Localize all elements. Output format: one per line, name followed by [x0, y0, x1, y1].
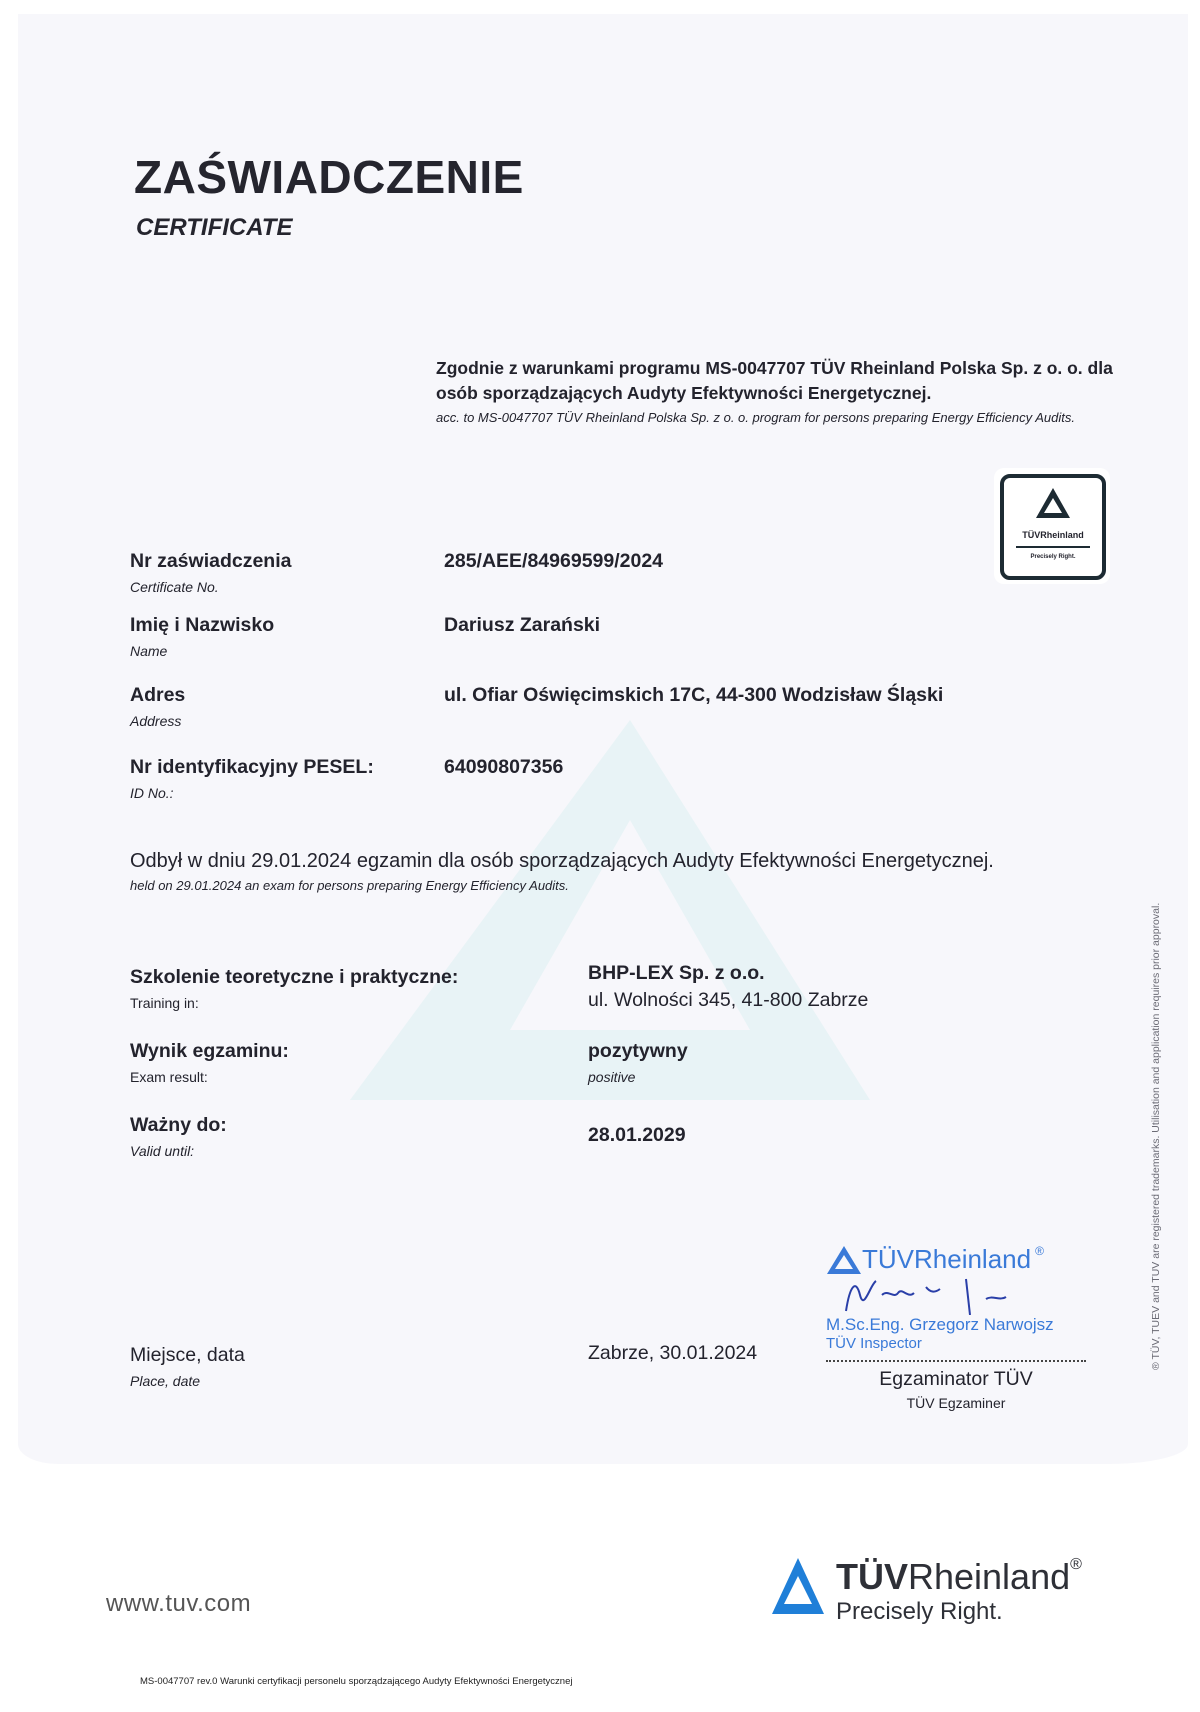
field-place-date: Miejsce, data Place, date: [130, 1344, 245, 1389]
field-label: Szkolenie teoretyczne i praktyczne:: [130, 966, 458, 989]
signature-stamp: TÜVRheinland ®: [826, 1244, 1116, 1275]
stamp-slogan: Precisely Right.: [1004, 554, 1102, 560]
document-reference: MS-0047707 rev.0 Warunki certyfikacji pe…: [140, 1676, 572, 1687]
place-date-value: Zabrze, 30.01.2024: [588, 1342, 757, 1365]
signature-line: [826, 1360, 1086, 1362]
holder-address: ul. Ofiar Oświęcimskich 17C, 44-300 Wodz…: [444, 684, 943, 707]
page-title: ZAŚWIADCZENIE: [134, 150, 524, 204]
logo-brand-rest: Rheinland: [908, 1556, 1070, 1597]
field-label-en: Training in:: [130, 995, 458, 1011]
logo-reg: ®: [1070, 1556, 1082, 1573]
signature-block: TÜVRheinland ® M.Sc.Eng. Grzegorz Narwoj…: [826, 1244, 1116, 1411]
examiner-title: Egzaminator TÜV: [826, 1368, 1086, 1391]
field-label: Wynik egzaminu:: [130, 1040, 289, 1063]
field-label: Nr identyfikacyjny PESEL:: [130, 756, 374, 779]
tuv-logo: TÜVRheinland® Precisely Right.: [770, 1556, 1082, 1626]
handwritten-signature-icon: [836, 1275, 1096, 1315]
trademark-note: ® TÜV, TUEV and TUV are registered trade…: [1150, 830, 1162, 1370]
field-exam-result: Wynik egzaminu: Exam result:: [130, 1040, 289, 1085]
page-subtitle: CERTIFICATE: [136, 214, 292, 242]
valid-until-value: 28.01.2029: [588, 1124, 686, 1147]
inspector-role: TÜV Inspector: [826, 1335, 1116, 1352]
examiner-title-en: TÜV Egzaminer: [826, 1395, 1086, 1411]
holder-pesel: 64090807356: [444, 756, 563, 779]
field-label: Ważny do:: [130, 1114, 227, 1137]
tuv-triangle-icon: [770, 1556, 826, 1618]
field-training: Szkolenie teoretyczne i praktyczne: Trai…: [130, 966, 458, 1011]
stamp-divider: [1016, 546, 1090, 548]
field-pesel: Nr identyfikacyjny PESEL: ID No.:: [130, 756, 374, 801]
field-label-en: ID No.:: [130, 785, 374, 801]
tuv-triangle-icon: [826, 1245, 862, 1275]
field-label-en: Valid until:: [130, 1143, 227, 1159]
field-name: Imię i Nazwisko Name: [130, 614, 274, 659]
exam-result-value-en: positive: [588, 1069, 688, 1085]
website-link[interactable]: www.tuv.com: [106, 1590, 251, 1618]
field-label-en: Name: [130, 643, 274, 659]
field-label: Imię i Nazwisko: [130, 614, 274, 637]
exam-result-value: pozytywny: [588, 1040, 688, 1063]
training-address: ul. Wolności 345, 41-800 Zabrze: [588, 989, 868, 1012]
tuv-triangle-icon: [1034, 486, 1072, 520]
program-statement: Zgodnie z warunkami programu MS-0047707 …: [436, 356, 1136, 406]
field-label-en: Place, date: [130, 1373, 245, 1389]
stamp-brand: TÜVRheinland: [1004, 530, 1102, 540]
field-certificate-no: Nr zaświadczenia Certificate No.: [130, 550, 291, 595]
field-valid-until: Ważny do: Valid until:: [130, 1114, 227, 1159]
stamp-reg: ®: [1035, 1244, 1044, 1258]
field-label: Nr zaświadczenia: [130, 550, 291, 573]
inspector-name: M.Sc.Eng. Grzegorz Narwojsz: [826, 1315, 1116, 1335]
field-address: Adres Address: [130, 684, 185, 729]
field-label: Miejsce, data: [130, 1344, 245, 1367]
field-label: Adres: [130, 684, 185, 707]
exam-statement-en: held on 29.01.2024 an exam for persons p…: [130, 878, 569, 893]
training-org: BHP-LEX Sp. z o.o.: [588, 962, 868, 985]
holder-name: Dariusz Zarański: [444, 614, 600, 637]
field-label-en: Exam result:: [130, 1069, 289, 1085]
tuv-stamp: TÜVRheinland Precisely Right.: [994, 468, 1110, 584]
logo-brand-bold: TÜV: [836, 1556, 908, 1597]
logo-brand: TÜVRheinland®: [836, 1556, 1082, 1598]
program-statement-en: acc. to MS-0047707 TÜV Rheinland Polska …: [436, 408, 1136, 427]
certificate-number: 285/AEE/84969599/2024: [444, 550, 663, 573]
field-label-en: Address: [130, 713, 185, 729]
training-provider: BHP-LEX Sp. z o.o. ul. Wolności 345, 41-…: [588, 962, 868, 1012]
field-label-en: Certificate No.: [130, 579, 291, 595]
exam-result: pozytywny positive: [588, 1040, 688, 1085]
stamp-brand: TÜVRheinland: [862, 1244, 1031, 1275]
exam-statement: Odbył w dniu 29.01.2024 egzamin dla osób…: [130, 850, 994, 873]
logo-slogan: Precisely Right.: [836, 1598, 1082, 1626]
